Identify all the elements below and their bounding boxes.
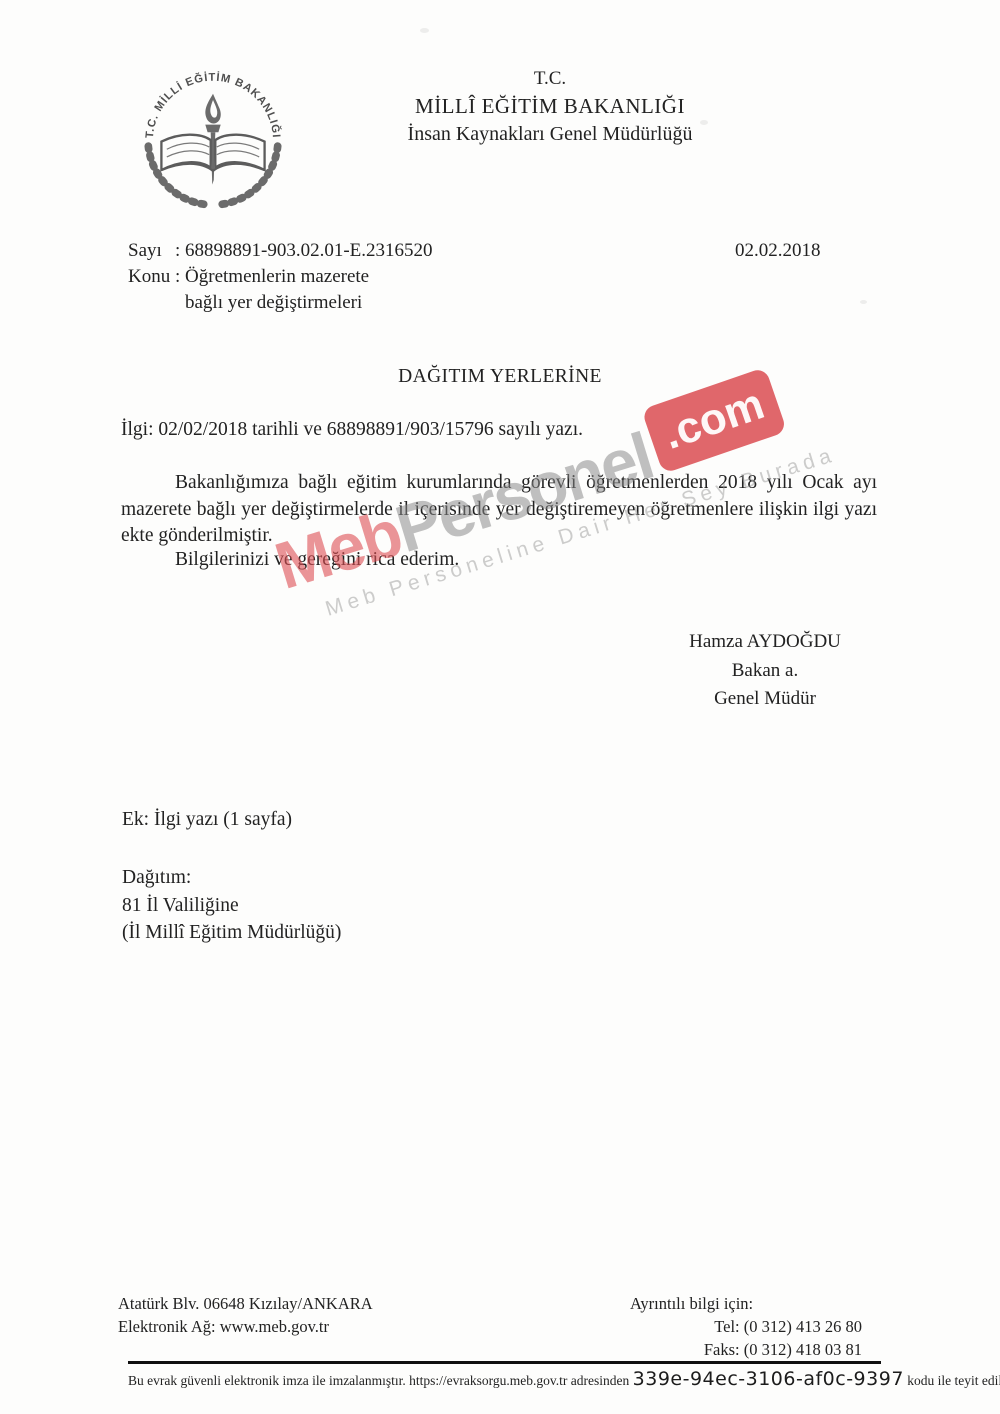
document-page: T.C. MİLLİ EĞİTİM BAKANLIĞI T.C. MİLLÎ E… bbox=[0, 0, 1000, 1414]
footer-address-block: Atatürk Blv. 06648 Kızılay/ANKARA Elektr… bbox=[118, 1292, 373, 1338]
attachment-line: Ek: İlgi yazı (1 sayfa) bbox=[122, 809, 292, 831]
letterhead-directorate: İnsan Kaynakları Genel Müdürlüğü bbox=[250, 121, 850, 149]
letterhead-ministry: MİLLÎ EĞİTİM BAKANLIĞI bbox=[250, 92, 850, 121]
document-title: DAĞITIM YERLERİNE bbox=[0, 366, 1000, 388]
distribution-line-2: (İl Millî Eğitim Müdürlüğü) bbox=[122, 919, 341, 947]
footer-contact-block: Ayrıntılı bilgi için: Tel: (0 312) 413 2… bbox=[622, 1292, 862, 1361]
letterhead: T.C. MİLLÎ EĞİTİM BAKANLIĞI İnsan Kaynak… bbox=[250, 66, 850, 149]
footer-web: Elektronik Ağ: www.meb.gov.tr bbox=[118, 1315, 373, 1338]
scan-speck bbox=[700, 120, 708, 125]
sayi-value: : 68898891-903.02.01-E.2316520 bbox=[175, 240, 433, 261]
footer-fax: Faks: (0 312) 418 03 81 bbox=[622, 1338, 862, 1361]
verification-text-post: kodu ile teyit edilebilir. bbox=[904, 1373, 1000, 1388]
document-date: 02.02.2018 bbox=[735, 240, 821, 262]
sayi-label: Sayı bbox=[128, 238, 175, 264]
verification-line: Bu evrak güvenli elektronik imza ile imz… bbox=[128, 1368, 918, 1390]
signer-title-1: Bakan a. bbox=[635, 657, 895, 686]
scan-speck bbox=[860, 300, 867, 304]
konu-value-line2: bağlı yer değiştirmeleri bbox=[128, 290, 433, 316]
sayi-row: Sayı: 68898891-903.02.01-E.2316520 bbox=[128, 238, 433, 264]
distribution-label: Dağıtım: bbox=[122, 864, 341, 892]
konu-value: : Öğretmenlerin mazerete bbox=[175, 266, 369, 287]
konu-row: Konu: Öğretmenlerin mazerete bbox=[128, 264, 433, 290]
closing-line: Bilgilerinizi ve gereğini rica ederim. bbox=[121, 549, 459, 571]
verification-text-pre: Bu evrak güvenli elektronik imza ile imz… bbox=[128, 1373, 633, 1388]
footer-divider bbox=[128, 1361, 881, 1364]
signature-block: Hamza AYDOĞDU Bakan a. Genel Müdür bbox=[635, 628, 895, 714]
scan-speck bbox=[420, 28, 429, 33]
verification-code: 339e-94ec-3106-af0c-9397 bbox=[633, 1368, 904, 1390]
signer-name: Hamza AYDOĞDU bbox=[635, 628, 895, 657]
body-paragraph: Bakanlığımıza bağlı eğitim kurumlarında … bbox=[121, 470, 877, 550]
konu-label: Konu bbox=[128, 264, 175, 290]
signer-title-2: Genel Müdür bbox=[635, 685, 895, 714]
footer-address: Atatürk Blv. 06648 Kızılay/ANKARA bbox=[118, 1292, 373, 1315]
distribution-block: Dağıtım: 81 İl Valiliğine (İl Millî Eğit… bbox=[122, 864, 341, 947]
reference-block: Sayı: 68898891-903.02.01-E.2316520 Konu:… bbox=[128, 238, 433, 316]
ilgi-line: İlgi: 02/02/2018 tarihli ve 68898891/903… bbox=[121, 419, 583, 441]
footer-tel: Tel: (0 312) 413 26 80 bbox=[622, 1315, 862, 1338]
footer-info-label: Ayrıntılı bilgi için: bbox=[622, 1292, 862, 1315]
distribution-line-1: 81 İl Valiliğine bbox=[122, 892, 341, 920]
letterhead-tc: T.C. bbox=[250, 66, 850, 92]
